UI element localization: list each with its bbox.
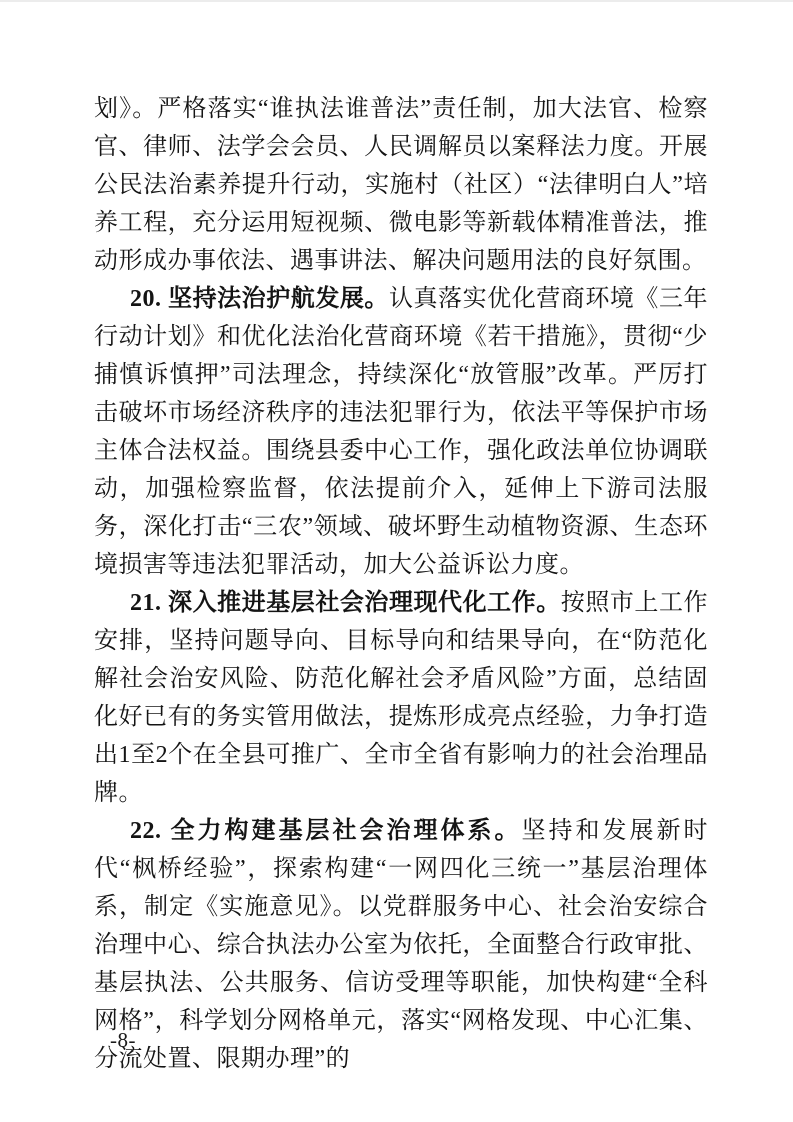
paragraph-text: 划》。严格落实“谁执法谁普法”责任制，加大法官、检察官、律师、法学会会员、人民调… [94,96,708,274]
scan-edge-line [0,0,793,2]
document-page: 划》。严格落实“谁执法谁普法”责任制，加大法官、检察官、律师、法学会会员、人民调… [0,0,793,1122]
paragraph-text: 按照市上工作安排，坚持问题导向、目标导向和结果导向，在“防范化解社会治安风险、防… [94,590,708,806]
paragraph-item-22: 22. 全力构建基层社会治理体系。坚持和发展新时代“枫桥经验”，探索构建“一网四… [94,812,708,1078]
paragraph-text: 坚持和发展新时代“枫桥经验”，探索构建“一网四化三统一”基层治理体系，制定《实施… [94,818,708,1072]
paragraph-heading: 22. 全力构建基层社会治理体系。 [130,818,522,844]
page-number: -8- [110,1026,136,1054]
paragraph-heading: 20. 坚持法治护航发展。 [130,286,389,312]
paragraph-continuation: 划》。严格落实“谁执法谁普法”责任制，加大法官、检察官、律师、法学会会员、人民调… [94,90,708,280]
paragraph-heading: 21. 深入推进基层社会治理现代化工作。 [130,590,561,616]
paragraph-item-20: 20. 坚持法治护航发展。认真落实优化营商环境《三年行动计划》和优化法治化营商环… [94,280,708,584]
paragraph-item-21: 21. 深入推进基层社会治理现代化工作。按照市上工作安排，坚持问题导向、目标导向… [94,584,708,812]
paragraph-text: 认真落实优化营商环境《三年行动计划》和优化法治化营商环境《若干措施》，贯彻“少捕… [94,286,708,578]
document-body: 划》。严格落实“谁执法谁普法”责任制，加大法官、检察官、律师、法学会会员、人民调… [94,90,708,1078]
